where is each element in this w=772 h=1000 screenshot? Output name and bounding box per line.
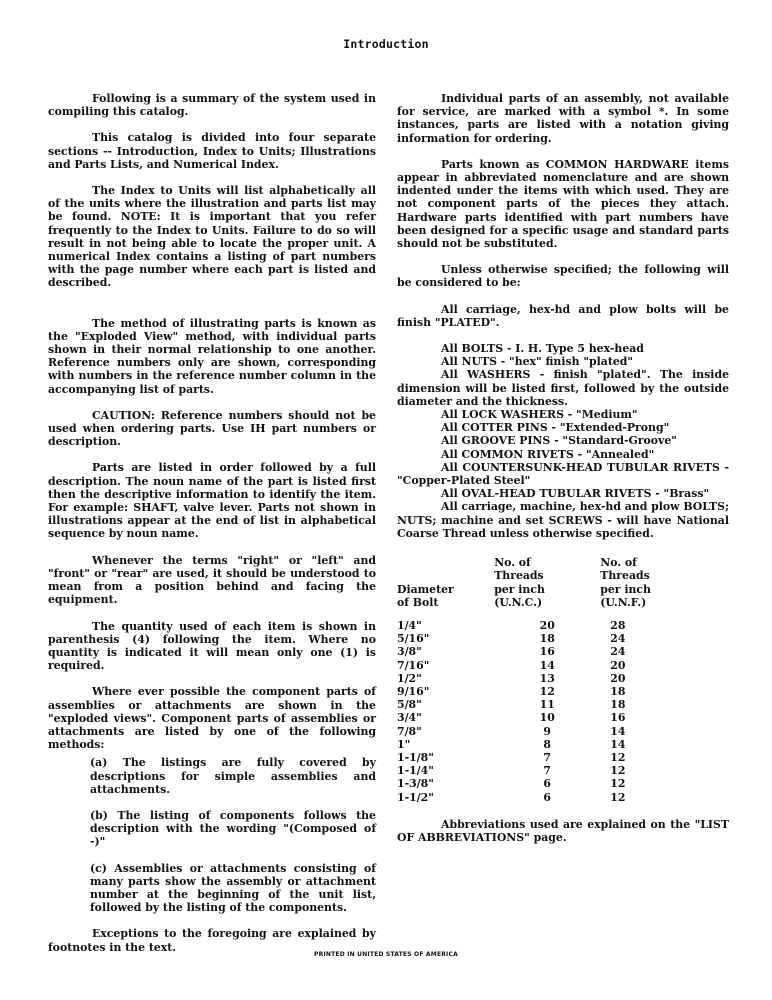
bolt-diameter: 1-1/2" [397,791,494,804]
unc-threads: 16 [494,645,600,658]
unc-threads: 18 [494,632,600,645]
unf-threads: 24 [600,632,697,645]
table-row: 1-1/2"612 [397,791,697,804]
bolt-diameter: 3/8" [397,645,494,658]
bolt-diameter: 1" [397,738,494,751]
table-row: 1/4"2028 [397,619,697,632]
spec-groove-pins: All GROOVE PINS - "Standard-Groove" [397,434,729,447]
abbreviations-paragraph: Abbreviations used are explained on the … [397,818,729,844]
components-paragraph: Where ever possible the component parts … [48,685,376,751]
unf-threads: 18 [600,685,697,698]
bolt-diameter: 1/4" [397,619,494,632]
unf-threads: 12 [600,791,697,804]
bolt-diameter: 9/16" [397,685,494,698]
bolt-diameter: 5/8" [397,698,494,711]
bolt-diameter: 5/16" [397,632,494,645]
bolt-diameter: 7/8" [397,725,494,738]
spec-washers: All WASHERS - finish "plated". The insid… [397,368,729,408]
spec-nuts: All NUTS - "hex" finish "plated" [397,355,729,368]
thread-table-body: 1/4"20285/16"18243/8"16247/16"14201/2"13… [397,619,697,804]
plated-bolts-paragraph: All carriage, hex-hd and plow bolts will… [397,303,729,329]
bolt-diameter: 1/2" [397,672,494,685]
table-row: 1-1/4"712 [397,764,697,777]
method-b: (b) The listing of components follows th… [48,809,376,849]
parts-order-paragraph: Parts are listed in order followed by a … [48,461,376,540]
table-row: 7/8"914 [397,725,697,738]
unc-threads: 9 [494,725,600,738]
table-row: 3/8"1624 [397,645,697,658]
orientation-paragraph: Whenever the terms "right" or "left" and… [48,554,376,607]
unf-threads: 24 [600,645,697,658]
unc-threads: 7 [494,751,600,764]
unf-threads: 14 [600,725,697,738]
header-diameter [397,556,494,569]
left-column: Following is a summary of the system use… [48,92,376,954]
unc-threads: 7 [494,764,600,777]
common-hardware-paragraph: Parts known as COMMON HARDWARE items app… [397,158,729,250]
unc-threads: 6 [494,791,600,804]
unc-threads: 20 [494,619,600,632]
table-row: 1-1/8"712 [397,751,697,764]
header-unf: No. of [600,556,697,569]
table-row: 5/16"1824 [397,632,697,645]
spec-common-rivets: All COMMON RIVETS - "Annealed" [397,448,729,461]
caution-paragraph: CAUTION: Reference numbers should not be… [48,409,376,449]
unc-threads: 6 [494,777,600,790]
bolt-diameter: 1-1/8" [397,751,494,764]
unf-threads: 14 [600,738,697,751]
spec-countersunk-rivets: All COUNTERSUNK-HEAD TUBULAR RIVETS - "C… [397,461,729,487]
header-unc: No. of [494,556,600,569]
bolt-diameter: 7/16" [397,659,494,672]
table-row: 7/16"1420 [397,659,697,672]
exploded-view-paragraph: The method of illustrating parts is know… [48,317,376,396]
spec-oval-rivets: All OVAL-HEAD TUBULAR RIVETS - "Brass" [397,487,729,500]
quantity-paragraph: The quantity used of each item is shown … [48,620,376,673]
table-row: 1-3/8"612 [397,777,697,790]
unf-threads: 16 [600,711,697,724]
thread-paragraph: All carriage, machine, hex-hd and plow B… [397,500,729,540]
table-row: 9/16"1218 [397,685,697,698]
unf-threads: 20 [600,672,697,685]
method-c: (c) Assemblies or attachments consisting… [48,862,376,915]
exceptions-paragraph: Exceptions to the foregoing are explaine… [48,927,376,953]
table-row: 1"814 [397,738,697,751]
service-symbol-paragraph: Individual parts of an assembly, not ava… [397,92,729,145]
spec-cotter-pins: All COTTER PINS - "Extended-Prong" [397,421,729,434]
unc-threads: 14 [494,659,600,672]
unc-threads: 12 [494,685,600,698]
sections-paragraph: This catalog is divided into four separa… [48,131,376,171]
table-row: 1/2"1320 [397,672,697,685]
unf-threads: 12 [600,764,697,777]
unf-threads: 28 [600,619,697,632]
method-a: (a) The listings are fully covered by de… [48,756,376,796]
unf-threads: 12 [600,751,697,764]
index-paragraph: The Index to Units will list alphabetica… [48,184,376,290]
bolt-diameter: 3/4" [397,711,494,724]
table-row: 5/8"1118 [397,698,697,711]
unf-threads: 20 [600,659,697,672]
unc-threads: 11 [494,698,600,711]
defaults-intro-paragraph: Unless otherwise specified; the followin… [397,263,729,289]
unf-threads: 18 [600,698,697,711]
thread-table: No. of No. of Threads Threads Diameter p… [397,556,697,804]
unf-threads: 12 [600,777,697,790]
unc-threads: 10 [494,711,600,724]
bolt-diameter: 1-3/8" [397,777,494,790]
unc-threads: 13 [494,672,600,685]
page-title: Introduction [0,37,772,51]
table-row: 3/4"1016 [397,711,697,724]
unc-threads: 8 [494,738,600,751]
bolt-diameter: 1-1/4" [397,764,494,777]
spec-bolts: All BOLTS - I. H. Type 5 hex-head [397,342,729,355]
right-column: Individual parts of an assembly, not ava… [397,92,729,844]
spec-lock-washers: All LOCK WASHERS - "Medium" [397,408,729,421]
intro-paragraph: Following is a summary of the system use… [48,92,376,118]
print-footer: PRINTED IN UNITED STATES OF AMERICA [0,951,772,958]
